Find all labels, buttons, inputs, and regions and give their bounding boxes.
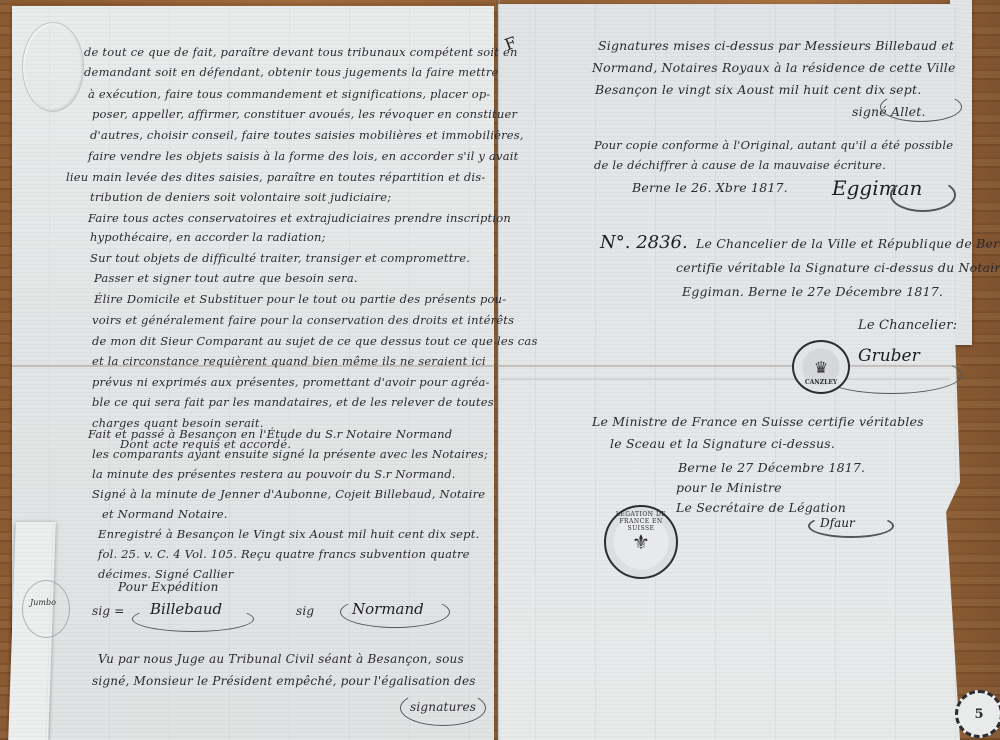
text-line: voirs et généralement faire pour la cons… [92, 312, 514, 329]
tax-stamp-icon: 5 [955, 690, 1000, 738]
text-line: faire vendre les objets saisis à la form… [88, 148, 518, 165]
text-line: de tout ce que de fait, paraître devant … [84, 44, 518, 61]
chancery-seal-icon: ♛ CANZLEY [792, 340, 850, 394]
text-line: à exécution, faire tous commandement et … [88, 86, 491, 103]
text-line: de le déchiffrer à cause de la mauvaise … [594, 158, 886, 172]
text-line: Pour copie conforme à l'Original, autant… [594, 138, 953, 152]
closing-line: la minute des présentes restera au pouvo… [92, 466, 456, 483]
sig-prefix-left: sig = [92, 604, 125, 618]
copy-date: Berne le 26. Xbre 1817. [632, 180, 788, 195]
embossed-stamp-icon [22, 22, 84, 112]
text-line: ble ce qui sera fait par les mandataires… [92, 394, 494, 411]
closing-line: Signé à la minute de Jenner d'Aubonne, C… [92, 486, 485, 503]
seal-label: CANZLEY [805, 379, 837, 386]
text-line: Passer et signer tout autre que besoin s… [94, 270, 358, 287]
legation-de-france-seal-icon: LEGATION DE FRANCE EN SUISSE ⚜ [604, 505, 678, 579]
text-line: et la circonstance requièrent quand bien… [92, 353, 486, 370]
flourish-icon [132, 606, 254, 632]
text-line: le Sceau et la Signature ci-dessus. [610, 436, 835, 451]
fleur-de-lis-crest-icon: ⚜ [632, 532, 650, 552]
seal-label: LEGATION DE FRANCE EN SUISSE [606, 511, 676, 532]
text-line: certifie véritable la Signature ci-dessu… [676, 260, 1000, 275]
text-line: Normand, Notaires Royaux à la résidence … [592, 60, 956, 75]
legalization-line: Vu par nous Juge au Tribunal Civil séant… [98, 652, 464, 666]
text-line: Signatures mises ci-dessus par Messieurs… [598, 38, 954, 53]
legalization-line: signé, Monsieur le Président empêché, po… [92, 674, 476, 688]
closing-line: Fait et passé à Besançon en l'Étude du S… [88, 426, 452, 443]
text-line: Élire Domicile et Substituer pour le tou… [94, 291, 506, 308]
text-line: lieu main levée des dites saisies, paraî… [66, 169, 486, 186]
text-line: Besançon le vingt six Aoust mil huit cen… [595, 82, 921, 97]
text-line: Faire tous actes conservatoires et extra… [88, 210, 511, 227]
certificate-number: N°. 2836. [600, 232, 688, 253]
text-line: Sur tout objets de difficulté traiter, t… [90, 250, 470, 267]
flourish-icon [340, 596, 450, 628]
legation-secretary-title: Le Secrétaire de Légation [676, 500, 846, 515]
flourish-icon [880, 92, 962, 122]
text-line: Le Chancelier de la Ville et République … [696, 236, 1000, 251]
text-line: tribution de deniers soit volontaire soi… [90, 189, 391, 206]
text-line: de mon dit Sieur Comparant au sujet de c… [92, 333, 538, 350]
closing-line: fol. 25. v. C. 4 Vol. 105. Reçu quatre f… [98, 546, 470, 563]
closing-line: Enregistré à Besançon le Vingt six Aoust… [98, 526, 479, 543]
margin-oval-flourish [22, 580, 70, 638]
closing-line: et Normand Notaire. [102, 506, 228, 523]
for-minister: pour le Ministre [676, 480, 782, 495]
text-line: hypothécaire, en accorder la radiation; [90, 229, 326, 246]
flourish-icon [808, 514, 894, 538]
text-line: Le Ministre de France en Suisse certifie… [592, 414, 924, 429]
flourish-icon [400, 690, 486, 726]
chancellor-title: Le Chancelier: [858, 318, 957, 333]
stamp-value: 5 [974, 707, 983, 722]
expedition-label: Pour Expédition [118, 580, 219, 594]
minister-date: Berne le 27 Décembre 1817. [678, 460, 865, 475]
text-line: demandant soit en défendant, obtenir tou… [84, 64, 499, 81]
flourish-icon [890, 178, 956, 212]
closing-line: les comparants ayant ensuite signé la pr… [92, 446, 488, 463]
text-line: poser, appeller, affirmer, constituer av… [92, 106, 517, 123]
sig-prefix-right: sig [296, 604, 314, 618]
text-line: prévus ni exprimés aux présentes, promet… [92, 374, 490, 391]
text-line: d'autres, choisir conseil, faire toutes … [90, 127, 524, 144]
crest-icon: ♛ [814, 358, 828, 377]
text-line: Eggiman. Berne le 27e Décembre 1817. [682, 284, 943, 299]
margin-note: Jumbo [30, 598, 56, 607]
